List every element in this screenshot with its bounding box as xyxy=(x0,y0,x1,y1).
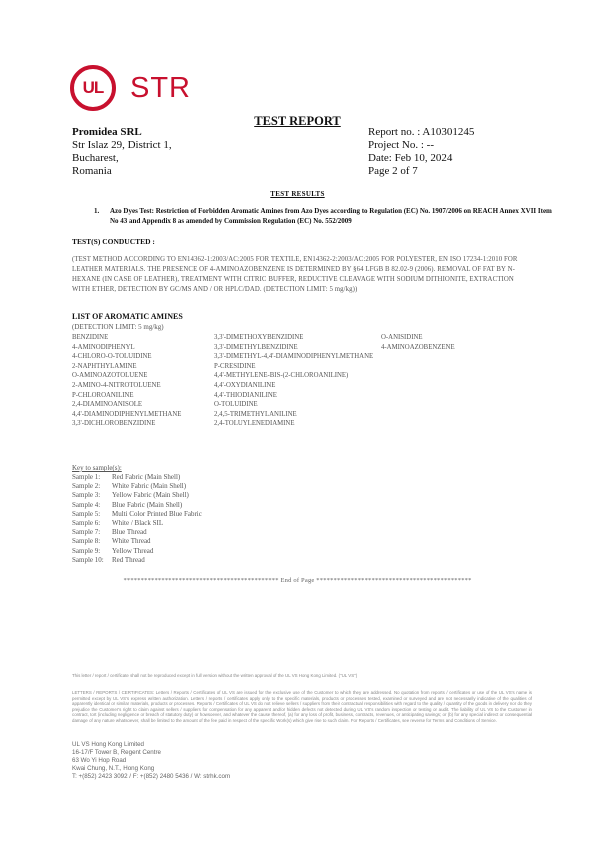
report-number: Report no. : A10301245 xyxy=(368,126,474,139)
amine-name: 4,4'-OXYDIANILINE xyxy=(214,381,381,391)
sample-entry: Sample 7:Blue Thread xyxy=(72,528,312,537)
sample-label: Sample 7: xyxy=(72,528,112,537)
amine-name: 4-AMINOAZOBENZENE xyxy=(381,343,541,353)
amine-name: 4,4'-THIODIANILINE xyxy=(214,391,381,401)
sample-label: Sample 3: xyxy=(72,491,112,500)
sample-description: White / Black SIL xyxy=(112,519,312,528)
amine-row: 3,3'-DICHLOROBENZIDINE2,4-TOLUYLENEDIAMI… xyxy=(72,419,542,429)
amine-name: P-CHLOROANILINE xyxy=(72,391,214,401)
aromatic-amines-list: BENZIDINE3,3'-DIMETHOXYBENZIDINEO-ANISID… xyxy=(72,333,542,429)
sample-description: White Thread xyxy=(112,537,312,546)
company-address-line: UL VS Hong Kong Limited xyxy=(72,741,230,749)
amine-name xyxy=(381,381,541,391)
ul-str-logo: UL STR xyxy=(70,65,191,111)
project-number: Project No. : -- xyxy=(368,139,474,152)
report-date: Date: Feb 10, 2024 xyxy=(368,152,474,165)
amine-name xyxy=(381,400,541,410)
amine-name: P-CRESIDINE xyxy=(214,362,381,372)
sample-description: Red Thread xyxy=(112,556,312,565)
amine-name: 2,4-DIAMINOANISOLE xyxy=(72,400,214,410)
sample-label: Sample 6: xyxy=(72,519,112,528)
sample-label: Sample 5: xyxy=(72,510,112,519)
sample-entry: Sample 6:White / Black SIL xyxy=(72,519,312,528)
ul-logo-icon: UL xyxy=(70,65,116,111)
client-info: Promidea SRL Str Islaz 29, District 1, B… xyxy=(72,126,172,178)
company-address-line: 16-17/F Tower B, Regent Centre xyxy=(72,749,230,757)
amine-name: 3,3'-DIMETHYL-4,4'-DIAMINODIPHENYLMETHAN… xyxy=(214,352,381,362)
sample-entry: Sample 1:Red Fabric (Main Shell) xyxy=(72,473,312,482)
amine-name xyxy=(381,410,541,420)
sample-description: Red Fabric (Main Shell) xyxy=(112,473,312,482)
client-address-line: Bucharest, xyxy=(72,152,172,165)
amine-row: 2-NAPHTHYLAMINEP-CRESIDINE xyxy=(72,362,542,372)
sample-entry: Sample 9:Yellow Thread xyxy=(72,547,312,556)
amine-name: BENZIDINE xyxy=(72,333,214,343)
sample-entry: Sample 8:White Thread xyxy=(72,537,312,546)
amine-row: 4-AMINODIPHENYL3,3'-DIMETHYLBENZIDINE4-A… xyxy=(72,343,542,353)
client-name: Promidea SRL xyxy=(72,126,172,139)
amine-name: 2,4-TOLUYLENEDIAMINE xyxy=(214,419,381,429)
amine-name xyxy=(381,352,541,362)
page-number: Page 2 of 7 xyxy=(368,165,474,178)
sample-entry: Sample 5:Multi Color Printed Blue Fabric xyxy=(72,510,312,519)
amine-name: 4,4'-METHYLENE-BIS-(2-CHLOROANILINE) xyxy=(214,371,381,381)
sample-label: Sample 8: xyxy=(72,537,112,546)
sample-entry: Sample 3:Yellow Fabric (Main Shell) xyxy=(72,491,312,500)
detection-limit: (DETECTION LIMIT: 5 mg/kg) xyxy=(72,323,164,331)
amine-name xyxy=(381,391,541,401)
company-address-line: T: +(852) 2423 3092 / F: +(852) 2480 543… xyxy=(72,773,230,781)
sample-label: Sample 4: xyxy=(72,501,112,510)
ul-mark: UL xyxy=(83,78,104,98)
sample-description: Blue Fabric (Main Shell) xyxy=(112,501,312,510)
amine-row: 2-AMINO-4-NITROTOLUENE4,4'-OXYDIANILINE xyxy=(72,381,542,391)
sample-key-title: Key to sample(s): xyxy=(72,464,122,472)
amine-name xyxy=(381,362,541,372)
test-method-description: (TEST METHOD ACCORDING TO EN14362-1:2003… xyxy=(72,255,532,295)
tests-conducted-heading: TEST(S) CONDUCTED : xyxy=(72,237,155,246)
amine-row: 2,4-DIAMINOANISOLEO-TOLUIDINE xyxy=(72,400,542,410)
amine-name: 4,4'-DIAMINODIPHENYLMETHANE xyxy=(72,410,214,420)
amine-row: BENZIDINE3,3'-DIMETHOXYBENZIDINEO-ANISID… xyxy=(72,333,542,343)
test-results-heading: TEST RESULTS xyxy=(0,190,595,198)
amine-name: O-TOLUIDINE xyxy=(214,400,381,410)
amine-name: 3,3'-DIMETHOXYBENZIDINE xyxy=(214,333,381,343)
amine-row: 4,4'-DIAMINODIPHENYLMETHANE2,4,5-TRIMETH… xyxy=(72,410,542,420)
amine-name xyxy=(381,371,541,381)
amine-row: P-CHLOROANILINE4,4'-THIODIANILINE xyxy=(72,391,542,401)
amine-row: 4-CHLORO-O-TOLUIDINE3,3'-DIMETHYL-4,4'-D… xyxy=(72,352,542,362)
legal-disclaimer: LETTERS / REPORTS / CERTIFICATES: Letter… xyxy=(72,690,532,724)
amine-name: 4-CHLORO-O-TOLUIDINE xyxy=(72,352,214,362)
amine-name: O-AMINOAZOTOLUENE xyxy=(72,371,214,381)
sample-description: Yellow Thread xyxy=(112,547,312,556)
report-meta: Report no. : A10301245 Project No. : -- … xyxy=(368,126,474,178)
amine-name: 3,3'-DICHLOROBENZIDINE xyxy=(72,419,214,429)
sample-description: Blue Thread xyxy=(112,528,312,537)
sample-label: Sample 10: xyxy=(72,556,112,565)
company-address: UL VS Hong Kong Limited16-17/F Tower B, … xyxy=(72,741,230,781)
end-of-page-marker: ****************************************… xyxy=(0,577,595,584)
aromatic-amines-heading: LIST OF AROMATIC AMINES xyxy=(72,312,183,321)
sample-description: Multi Color Printed Blue Fabric xyxy=(112,510,312,519)
company-address-line: 63 Wo Yi Hop Road xyxy=(72,757,230,765)
sample-entry: Sample 4:Blue Fabric (Main Shell) xyxy=(72,501,312,510)
reproduction-notice: This letter / report / certificate shall… xyxy=(72,673,542,678)
sample-entry: Sample 10:Red Thread xyxy=(72,556,312,565)
amine-name xyxy=(381,419,541,429)
sample-description: Yellow Fabric (Main Shell) xyxy=(112,491,312,500)
sample-label: Sample 1: xyxy=(72,473,112,482)
test-item-number: 1. xyxy=(94,207,99,217)
amine-name: 2-AMINO-4-NITROTOLUENE xyxy=(72,381,214,391)
amine-name: 4-AMINODIPHENYL xyxy=(72,343,214,353)
sample-description: White Fabric (Main Shell) xyxy=(112,482,312,491)
company-address-line: Kwai Chung, N.T., Hong Kong xyxy=(72,765,230,773)
amine-name: 3,3'-DIMETHYLBENZIDINE xyxy=(214,343,381,353)
sample-key-list: Sample 1:Red Fabric (Main Shell)Sample 2… xyxy=(72,473,312,565)
sample-label: Sample 9: xyxy=(72,547,112,556)
amine-name: 2-NAPHTHYLAMINE xyxy=(72,362,214,372)
amine-row: O-AMINOAZOTOLUENE4,4'-METHYLENE-BIS-(2-C… xyxy=(72,371,542,381)
test-item: 1. Azo Dyes Test: Restriction of Forbidd… xyxy=(94,207,554,226)
test-item-text: Azo Dyes Test: Restriction of Forbidden … xyxy=(110,207,554,226)
amine-name: O-ANISIDINE xyxy=(381,333,541,343)
sample-label: Sample 2: xyxy=(72,482,112,491)
client-address-line: Romania xyxy=(72,165,172,178)
amine-name: 2,4,5-TRIMETHYLANILINE xyxy=(214,410,381,420)
client-address-line: Str Islaz 29, District 1, xyxy=(72,139,172,152)
sample-entry: Sample 2:White Fabric (Main Shell) xyxy=(72,482,312,491)
brand-name: STR xyxy=(130,72,191,105)
